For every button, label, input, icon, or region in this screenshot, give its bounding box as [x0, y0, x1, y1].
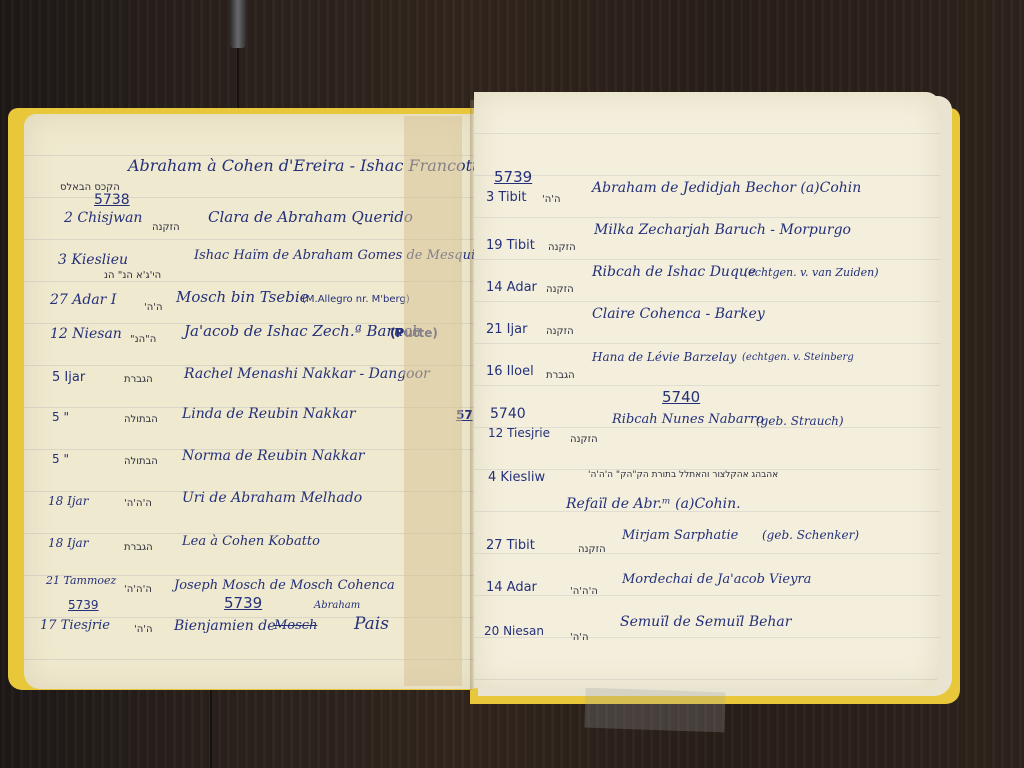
- entry-date: 21 Tammoez: [46, 574, 116, 587]
- entry-date: 16 Iloel: [486, 364, 534, 379]
- entry-title-hebrew: ה'ה'ה': [124, 584, 152, 595]
- year-mark: 5740: [490, 406, 526, 422]
- entry-note: (M.Allegro nr. M'berg): [302, 294, 410, 305]
- entry-name: Ribcah de Ishac Duque: [592, 264, 756, 280]
- entry-date: 3 Kieslieu: [58, 252, 128, 268]
- entry-title-hebrew: הבתולה: [124, 414, 158, 425]
- entry-note: (geb. Strauch): [756, 414, 844, 428]
- entry-title-hebrew: הי'ג'א הנ" הנ: [104, 270, 161, 281]
- entry-title-hebrew: הגברת: [546, 370, 575, 381]
- entry-name: Linda de Reubin Nakkar: [182, 406, 356, 422]
- entry-date: 14 Adar: [486, 580, 537, 595]
- entry-name: Refaïl de Abr.ᵐ (a)Cohin.: [566, 496, 741, 512]
- pen-object: [230, 0, 246, 48]
- entry-title-hebrew: ה'ה'ה': [124, 498, 152, 509]
- entry-title-hebrew: ה'ה': [570, 632, 589, 643]
- center-year-mark: 5740: [662, 388, 700, 406]
- entry-name: Norma de Reubin Nakkar: [182, 448, 365, 464]
- entry-title-hebrew: הבתולה: [124, 456, 158, 467]
- entry-name: Lea à Cohen Kobatto: [182, 534, 320, 549]
- entry-date: 12 Niesan: [50, 326, 122, 342]
- entry-name: Ribcah Nunes Nabarro: [612, 412, 764, 427]
- entry-name: Uri de Abraham Melhado: [182, 490, 362, 506]
- entry-date: 2 Chisjwan: [64, 210, 142, 226]
- entry-name: Claire Cohenca - Barkey: [592, 306, 765, 322]
- entry-title-hebrew: הגברת: [124, 542, 153, 553]
- entry-date: 3 Tibit: [486, 190, 527, 205]
- year-mark: 5739: [494, 168, 532, 186]
- entry-date: 12 Tiesjrie: [488, 426, 550, 440]
- entry-title-hebrew: ה'ה': [134, 624, 153, 635]
- entry-date: 14 Adar: [486, 280, 537, 295]
- table-plank-seam: [210, 690, 212, 768]
- entry-date: 4 Kiesliw: [488, 470, 545, 485]
- entry-title-hebrew: אהבהג אהקלצור והאתלל בתורת הק"הק" ה'ה'ה': [588, 470, 778, 480]
- entry-name: Semuïl de Semuïl Behar: [620, 614, 791, 630]
- entry-date: 20 Niesan: [484, 624, 544, 638]
- entry-date: 27 Adar I: [50, 292, 116, 308]
- entry-name: Mordechai de Ja'acob Vieyra: [622, 572, 811, 587]
- entry-name: Abraham de Jedidjah Bechor (a)Cohin: [592, 180, 861, 196]
- entry-name: Mosch bin Tsebie: [176, 288, 309, 306]
- entry-date: 17 Tiesjrie: [40, 618, 110, 633]
- entry-name: Milka Zecharjah Baruch - Morpurgo: [594, 222, 851, 238]
- entry-date: 5 ": [52, 410, 69, 424]
- entry-date: 18 Ijar: [48, 494, 88, 508]
- struck-word: Mosch: [274, 618, 317, 633]
- entry-name: Hana de Lévie Barzelay: [592, 350, 736, 364]
- entry-name: Clara de Abraham Querido: [208, 208, 413, 226]
- entry-surname: Pais: [354, 614, 389, 634]
- right-page: 5739 3 Tibit ה'ה' Abraham de Jedidjah Be…: [474, 92, 940, 688]
- center-year-mark: 5739: [224, 594, 262, 612]
- entry-title-hebrew: ה"הנ": [130, 334, 156, 345]
- entry-title-hebrew: ה'ה': [542, 194, 561, 205]
- entry-date: 18 Ijar: [48, 536, 88, 550]
- inserted-word: Abraham: [314, 600, 360, 611]
- entry-name: Mirjam Sarphatie: [622, 528, 738, 543]
- entry-title-hebrew: הזקנה: [548, 242, 576, 253]
- spine-tape: [404, 116, 462, 686]
- entry-name: Bienjamien de: [174, 618, 276, 634]
- entry-date: 5 Ijar: [52, 370, 85, 385]
- entry-date: 19 Tibit: [486, 238, 535, 253]
- entry-title-hebrew: הזקנה: [546, 284, 574, 295]
- entry-title-hebrew: ה'ה': [144, 302, 163, 313]
- entry-date: 21 Ijar: [486, 322, 527, 337]
- entry-note: (echtgen. v. Steinberg: [742, 352, 854, 363]
- entry-date: 27 Tibit: [486, 538, 535, 553]
- year-mark: 5738: [94, 192, 130, 208]
- entry-title-hebrew: הזקנה: [152, 222, 180, 233]
- entry-title-hebrew: הזקנה: [578, 544, 606, 555]
- entry-note: (geb. Schenker): [762, 528, 859, 542]
- entry-note: (echtgen. v. van Zuiden): [744, 266, 879, 279]
- entry-name: Ja'acob de Ishac Zech.ª Baruch: [184, 322, 421, 340]
- year-mark: 5739: [68, 598, 99, 612]
- entry-title-hebrew: הגברת: [124, 374, 153, 385]
- entry-name: Joseph Mosch de Mosch Cohenca: [174, 578, 395, 593]
- entry-title-hebrew: הזקנה: [570, 434, 598, 445]
- entry-date: 5 ": [52, 452, 69, 466]
- entry-title-hebrew: ה'ה'ה': [570, 586, 598, 597]
- entry-name: Rachel Menashi Nakkar - Dangoor: [184, 366, 430, 382]
- entry-title-hebrew: הזקנה: [546, 326, 574, 337]
- tape-strip: [584, 688, 725, 733]
